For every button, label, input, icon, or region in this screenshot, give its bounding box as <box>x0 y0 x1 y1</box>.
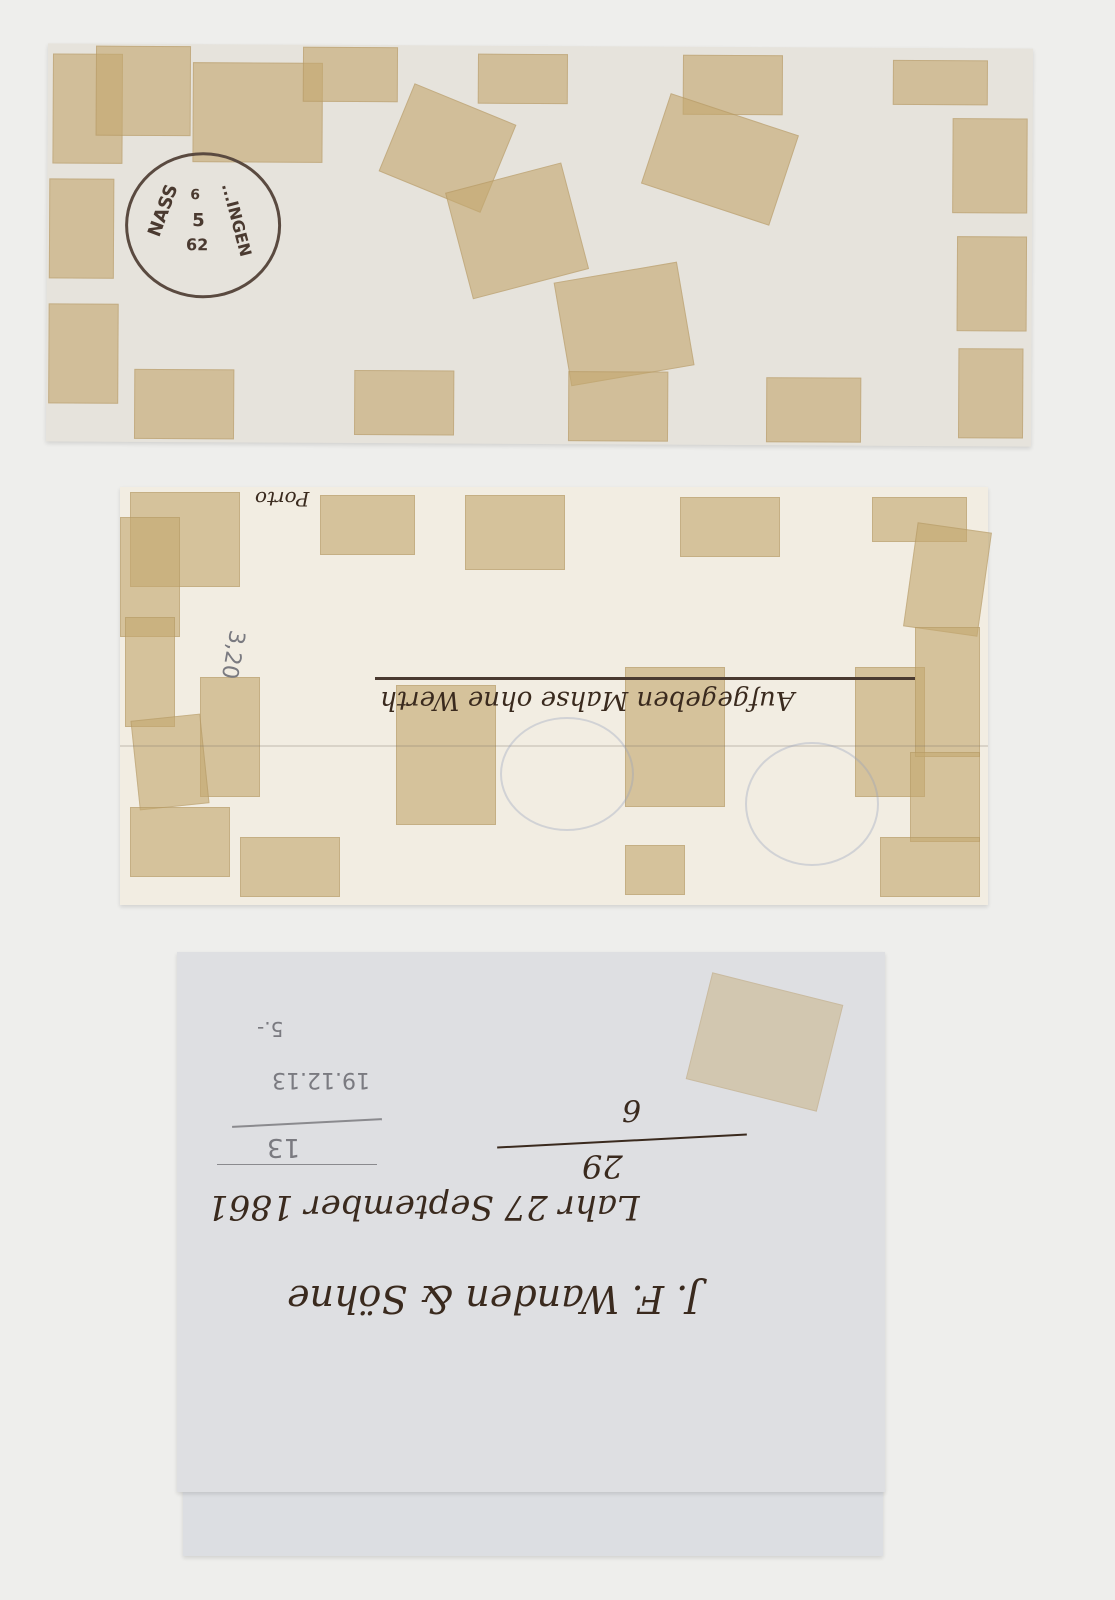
hinge <box>680 497 780 557</box>
hinge <box>554 262 695 387</box>
pencil-note: 3,20 <box>216 628 249 681</box>
hinge <box>240 837 340 897</box>
hinge <box>893 60 988 105</box>
top-envelope: NASS ...INGEN 6 5 62 <box>46 43 1033 446</box>
hinge <box>200 677 260 797</box>
pencil-note-number: 13 <box>267 1132 300 1162</box>
bottom-letter: 5.- 19.12.13 13 6 29 Lahr 27 September 1… <box>177 952 885 1492</box>
hinge <box>910 752 980 842</box>
bottom-letter-back <box>183 1488 883 1556</box>
hinge <box>903 522 992 636</box>
hinge <box>96 46 191 136</box>
script-number: 29 <box>582 1147 623 1185</box>
script-line: Aufgegeben Mahse ohne Werth <box>380 685 795 715</box>
faded-postmark <box>500 717 634 831</box>
hinge <box>48 303 119 403</box>
hinge <box>766 377 861 442</box>
hinge <box>465 495 565 570</box>
hinge <box>125 617 175 727</box>
hinge <box>320 495 415 555</box>
pencil-note-price: 5.- <box>257 1017 283 1041</box>
ink-underline <box>375 677 915 680</box>
ink-fraction: 6 <box>622 1092 641 1127</box>
hinge <box>134 369 234 440</box>
hinge <box>354 370 454 436</box>
hinge <box>568 371 668 442</box>
hinge <box>915 627 980 757</box>
hinge <box>303 47 398 102</box>
script-name: J. F. Wanden & Söhne <box>287 1277 701 1321</box>
pencil-note-date: 19.12.13 <box>272 1067 370 1092</box>
hinge <box>478 54 568 104</box>
hinge <box>625 845 685 895</box>
hinge <box>130 807 230 877</box>
faded-postmark <box>745 742 879 866</box>
hinge <box>880 837 980 897</box>
pencil-line <box>217 1164 377 1165</box>
script-date: Lahr 27 September 1861 <box>207 1187 640 1227</box>
hinge <box>958 348 1023 438</box>
postmark: NASS ...INGEN 6 5 62 <box>125 152 282 299</box>
hinge <box>957 236 1027 331</box>
hinge <box>952 118 1027 213</box>
hinge <box>686 972 844 1111</box>
top-script: Porto <box>255 487 309 511</box>
hinge <box>49 178 115 278</box>
middle-letter: Porto 3,20 Aufgegeben Mahse ohne Werth <box>120 487 988 905</box>
hinge <box>130 714 209 811</box>
pencil-line <box>232 1118 382 1128</box>
